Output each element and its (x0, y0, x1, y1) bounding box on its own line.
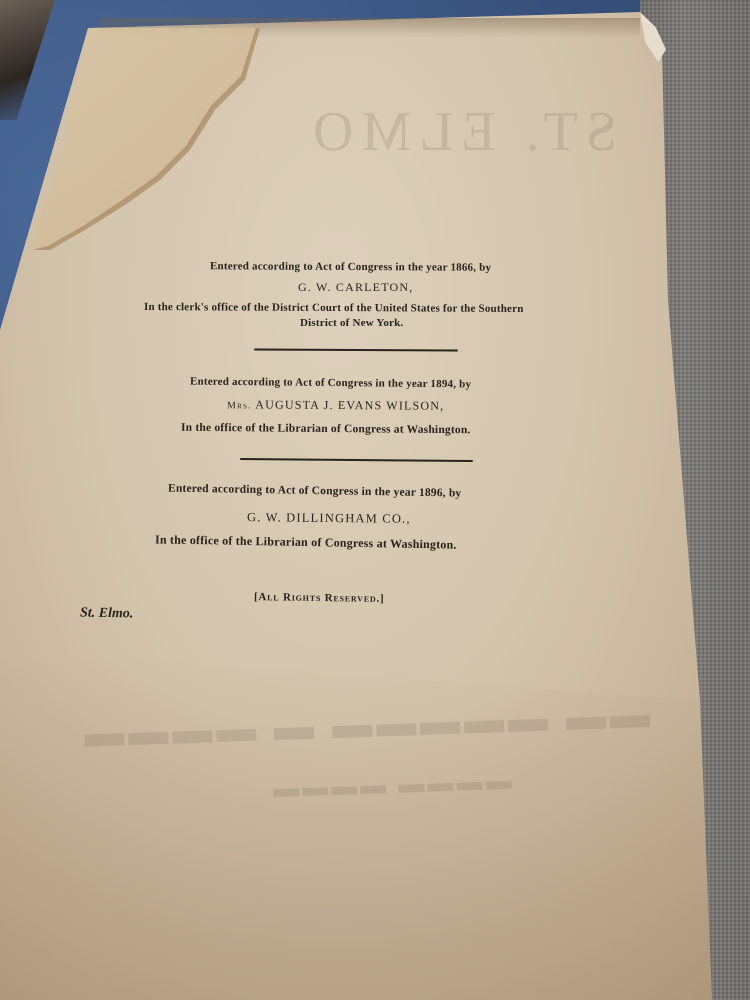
copyright-holder-wilson: Mrs. AUGUSTA J. EVANS WILSON, (227, 397, 444, 414)
copyright-entry-1866-line3: In the clerk's office of the District Co… (144, 301, 524, 315)
copyright-holder-dillingham: G. W. DILLINGHAM CO., (247, 510, 411, 527)
copyright-holder-carleton: G. W. CARLETON, (298, 280, 413, 295)
holder-title: Mrs. (227, 400, 252, 411)
copyright-entry-1866-line1: Entered according to Act of Congress in … (210, 260, 491, 273)
bleed-through-title: ST. ELMO (305, 100, 617, 164)
running-title-st-elmo: St. Elmo. (80, 606, 134, 623)
copyright-entry-1894-line3: In the office of the Librarian of Congre… (181, 422, 471, 437)
holder-name: AUGUSTA J. EVANS WILSON, (255, 397, 444, 412)
all-rights-reserved: [All Rights Reserved.] (254, 591, 385, 605)
copyright-entry-1866-line4: District of New York. (300, 317, 403, 329)
